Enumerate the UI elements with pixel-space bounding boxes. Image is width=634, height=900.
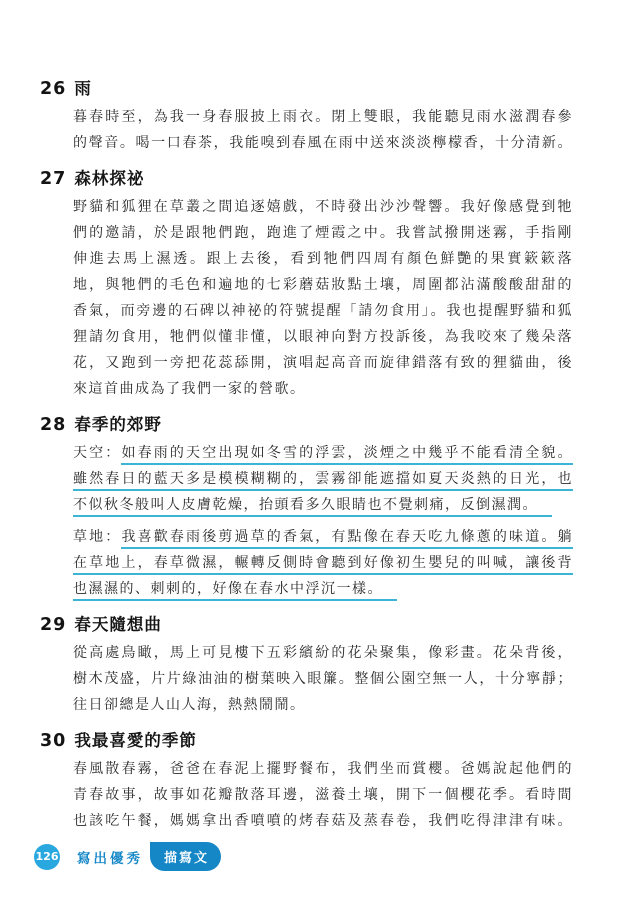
text-run: 香氣，而旁邊的石碑以神祕的符號提醒「請勿食用」。我也提醒野貓和狐 bbox=[73, 303, 573, 319]
section-number: 29 bbox=[40, 615, 66, 635]
text-line: 香氣，而旁邊的石碑以神祕的符號提醒「請勿食用」。我也提醒野貓和狐 bbox=[73, 298, 573, 324]
text-line: 雖然春日的藍天多是模模糊糊的，雲霧卻能遮擋如夏天炎熱的日光，也 bbox=[73, 466, 573, 492]
text-run: 樹木茂盛，片片綠油油的樹葉映入眼簾。整個公園空無一人，十分寧靜； bbox=[73, 671, 573, 687]
text-run: 地，與牠們的毛色和遍地的七彩蘑菇妝點土壤，周圍都沾滿酸酸甜甜的 bbox=[73, 277, 573, 293]
text-line: 在草地上，春草微濕，輾轉反側時會聽到好像初生嬰兒的叫喊，讓後背 bbox=[73, 550, 573, 576]
text-line: 春風散春霧，爸爸在春泥上擺野餐布，我們坐而賞櫻。爸媽說起他們的 bbox=[73, 756, 573, 782]
page-number-badge: 126 bbox=[34, 844, 60, 870]
section-paragraph-grass: 草地：我喜歡春雨後剪過草的香氣，有點像在春天吃九條蔥的味道。躺在草地上，春草微濕… bbox=[73, 524, 573, 602]
section-title: 我最喜愛的季節 bbox=[74, 727, 197, 751]
text-line: 青春故事，故事如花瓣散落耳邊，滋養土壤，開下一個櫻花季。看時間 bbox=[73, 782, 573, 808]
section-28: 28 春季的郊野 天空：如春雨的天空出現如冬雪的浮雲，淡煙之中幾乎不能看清全貌。… bbox=[40, 411, 634, 602]
section-30: 30 我最喜愛的季節 春風散春霧，爸爸在春泥上擺野餐布，我們坐而賞櫻。爸媽說起他… bbox=[40, 727, 634, 834]
text-line: 們的邀請，於是跟牠們跑，跑進了煙霞之中。我嘗試撥開迷霧，手指剛 bbox=[73, 220, 573, 246]
section-heading: 26 雨 bbox=[40, 75, 634, 99]
text-line: 樹木茂盛，片片綠油油的樹葉映入眼簾。整個公園空無一人，十分寧靜； bbox=[73, 666, 573, 692]
text-run: 草地： bbox=[73, 529, 121, 545]
section-title: 春季的郊野 bbox=[74, 411, 162, 435]
text-run: 們的邀請，於是跟牠們跑，跑進了煙霞之中。我嘗試撥開迷霧，手指剛 bbox=[73, 225, 573, 241]
section-paragraph-sky: 天空：如春雨的天空出現如冬雪的浮雲，淡煙之中幾乎不能看清全貌。雖然春日的藍天多是… bbox=[73, 440, 573, 518]
section-paragraph: 暮春時至，為我一身春服披上雨衣。閉上雙眼，我能聽見雨水滋潤春參的聲音。喝一口春茶… bbox=[73, 104, 573, 156]
text-line: 花，又跑到一旁把花蕊舔開，演唱起高音而旋律錯落有致的狸貓曲，後 bbox=[73, 350, 573, 376]
section-paragraph: 從高處鳥瞰，馬上可見樓下五彩繽紛的花朵聚集，像彩畫。花朵背後，樹木茂盛，片片綠油… bbox=[73, 640, 573, 718]
text-line: 也該吃午餐，媽媽拿出香噴噴的烤春菇及蒸春卷，我們吃得津津有味。 bbox=[73, 808, 573, 834]
section-title: 森林探祕 bbox=[74, 165, 144, 189]
page-footer: 126 寫出優秀 描寫文 bbox=[34, 842, 221, 871]
underlined-text-run: 不似秋冬般叫人皮膚乾燥，抬頭看多久眼睛也不覺刺痛，反倒濕潤。 bbox=[73, 497, 552, 517]
text-line: 暮春時至，為我一身春服披上雨衣。閉上雙眼，我能聽見雨水滋潤春參 bbox=[73, 104, 573, 130]
underlined-text-run: 也濕濕的、刺刺的，好像在春水中浮沉一樣。 bbox=[73, 581, 397, 601]
section-number: 27 bbox=[40, 169, 66, 189]
series-title: 寫出優秀 bbox=[77, 847, 143, 867]
text-run: 暮春時至，為我一身春服披上雨衣。閉上雙眼，我能聽見雨水滋潤春參 bbox=[73, 109, 573, 125]
section-paragraph: 春風散春霧，爸爸在春泥上擺野餐布，我們坐而賞櫻。爸媽說起他們的青春故事，故事如花… bbox=[73, 756, 573, 834]
text-line: 地，與牠們的毛色和遍地的七彩蘑菇妝點土壤，周圍都沾滿酸酸甜甜的 bbox=[73, 272, 573, 298]
text-line: 也濕濕的、刺刺的，好像在春水中浮沉一樣。 bbox=[73, 576, 573, 602]
text-line: 天空：如春雨的天空出現如冬雪的浮雲，淡煙之中幾乎不能看清全貌。 bbox=[73, 440, 573, 466]
text-run: 野貓和狐狸在草叢之間追逐嬉戲，不時發出沙沙聲響。我好像感覺到牠 bbox=[73, 199, 573, 215]
underlined-text-run: 在草地上，春草微濕，輾轉反側時會聽到好像初生嬰兒的叫喊，讓後背 bbox=[73, 555, 573, 575]
text-line: 的聲音。喝一口春茶，我能嗅到春風在雨中送來淡淡檸檬香，十分清新。 bbox=[73, 130, 573, 156]
section-27: 27 森林探祕 野貓和狐狸在草叢之間追逐嬉戲，不時發出沙沙聲響。我好像感覺到牠們… bbox=[40, 165, 634, 402]
text-line: 草地：我喜歡春雨後剪過草的香氣，有點像在春天吃九條蔥的味道。躺 bbox=[73, 524, 573, 550]
book-page: 26 雨 暮春時至，為我一身春服披上雨衣。閉上雙眼，我能聽見雨水滋潤春參的聲音。… bbox=[0, 0, 634, 900]
text-line: 從高處鳥瞰，馬上可見樓下五彩繽紛的花朵聚集，像彩畫。花朵背後， bbox=[73, 640, 573, 666]
text-line: 不似秋冬般叫人皮膚乾燥，抬頭看多久眼睛也不覺刺痛，反倒濕潤。 bbox=[73, 492, 573, 518]
section-title: 春天隨想曲 bbox=[74, 611, 162, 635]
section-heading: 29 春天隨想曲 bbox=[40, 611, 634, 635]
section-26: 26 雨 暮春時至，為我一身春服披上雨衣。閉上雙眼，我能聽見雨水滋潤春參的聲音。… bbox=[40, 75, 634, 156]
section-number: 30 bbox=[40, 731, 66, 751]
section-heading: 27 森林探祕 bbox=[40, 165, 634, 189]
text-run: 的聲音。喝一口春茶，我能嗅到春風在雨中送來淡淡檸檬香，十分清新。 bbox=[73, 135, 573, 151]
text-run: 狸請勿食用，牠們似懂非懂，以眼神向對方投訴後，為我咬來了幾朵落 bbox=[73, 329, 573, 345]
text-run: 花，又跑到一旁把花蕊舔開，演唱起高音而旋律錯落有致的狸貓曲，後 bbox=[73, 355, 573, 371]
text-run: 天空： bbox=[73, 445, 121, 461]
section-heading: 30 我最喜愛的季節 bbox=[40, 727, 634, 751]
text-run: 從高處鳥瞰，馬上可見樓下五彩繽紛的花朵聚集，像彩畫。花朵背後， bbox=[73, 645, 573, 661]
section-29: 29 春天隨想曲 從高處鳥瞰，馬上可見樓下五彩繽紛的花朵聚集，像彩畫。花朵背後，… bbox=[40, 611, 634, 718]
text-line: 往日卻總是人山人海，熱熱鬧鬧。 bbox=[73, 692, 573, 718]
text-run: 青春故事，故事如花瓣散落耳邊，滋養土壤，開下一個櫻花季。看時間 bbox=[73, 787, 573, 803]
page-content: 26 雨 暮春時至，為我一身春服披上雨衣。閉上雙眼，我能聽見雨水滋潤春參的聲音。… bbox=[0, 0, 634, 834]
section-title: 雨 bbox=[74, 75, 92, 99]
text-line: 來這首曲成為了我們一家的營歌。 bbox=[73, 376, 573, 402]
section-number: 28 bbox=[40, 415, 66, 435]
text-run: 來這首曲成為了我們一家的營歌。 bbox=[73, 381, 306, 397]
section-number: 26 bbox=[40, 79, 66, 99]
text-run: 伸進去馬上濕透。跟上去後，看到牠們四周有顏色鮮艷的果實簌簌落 bbox=[73, 251, 573, 267]
section-heading: 28 春季的郊野 bbox=[40, 411, 634, 435]
underlined-text-run: 雖然春日的藍天多是模模糊糊的，雲霧卻能遮擋如夏天炎熱的日光，也 bbox=[73, 471, 573, 491]
text-line: 野貓和狐狸在草叢之間追逐嬉戲，不時發出沙沙聲響。我好像感覺到牠 bbox=[73, 194, 573, 220]
category-badge: 描寫文 bbox=[150, 842, 221, 871]
text-line: 狸請勿食用，牠們似懂非懂，以眼神向對方投訴後，為我咬來了幾朵落 bbox=[73, 324, 573, 350]
text-line: 伸進去馬上濕透。跟上去後，看到牠們四周有顏色鮮艷的果實簌簌落 bbox=[73, 246, 573, 272]
text-run: 也該吃午餐，媽媽拿出香噴噴的烤春菇及蒸春卷，我們吃得津津有味。 bbox=[73, 813, 573, 829]
underlined-text-run: 我喜歡春雨後剪過草的香氣，有點像在春天吃九條蔥的味道。躺 bbox=[121, 529, 573, 549]
text-run: 春風散春霧，爸爸在春泥上擺野餐布，我們坐而賞櫻。爸媽說起他們的 bbox=[73, 761, 573, 777]
underlined-text-run: 如春雨的天空出現如冬雪的浮雲，淡煙之中幾乎不能看清全貌。 bbox=[121, 445, 573, 465]
section-paragraph: 野貓和狐狸在草叢之間追逐嬉戲，不時發出沙沙聲響。我好像感覺到牠們的邀請，於是跟牠… bbox=[73, 194, 573, 402]
text-run: 往日卻總是人山人海，熱熱鬧鬧。 bbox=[73, 697, 306, 713]
